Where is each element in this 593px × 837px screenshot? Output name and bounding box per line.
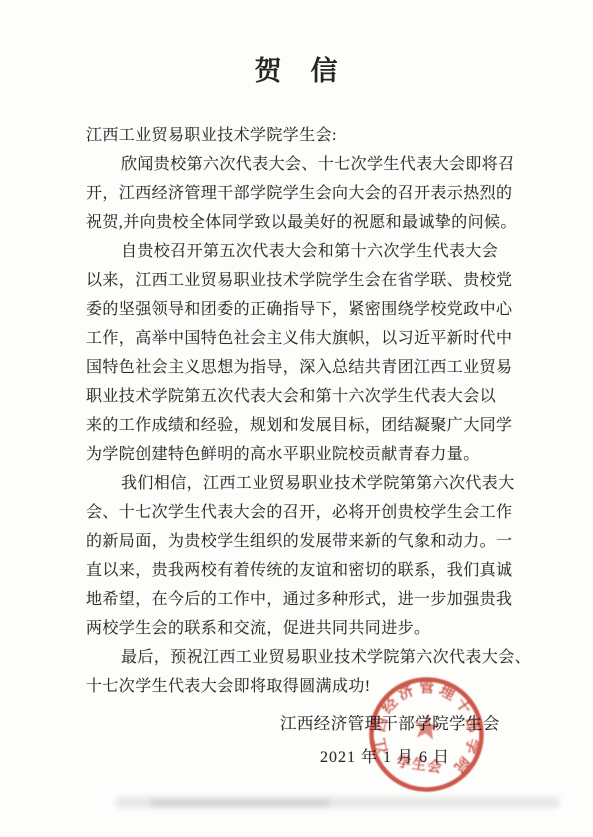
letter-title: 贺 信 <box>0 57 593 85</box>
seal-center-text: 学生会 <box>396 753 444 776</box>
letter-page: 贺 信 江西工业贸易职业技术学院学生会: 欣闻贵校第六次代表大会、十七次学生代表… <box>0 0 593 837</box>
paragraph-2: 自贵校召开第五次代表大会和第十六次学生代表大会 以来，江西工业贸易职业技术学院学… <box>86 237 538 469</box>
letter-body: 江西工业贸易职业技术学院学生会: 欣闻贵校第六次代表大会、十七次学生代表大会即将… <box>86 121 538 701</box>
salutation: 江西工业贸易职业技术学院学生会: <box>86 121 538 150</box>
paragraph-1: 欣闻贵校第六次代表大会、十七次学生代表大会即将召 开，江西经济管理干部学院学生会… <box>86 150 538 237</box>
paragraph-3: 我们相信，江西工业贸易职业技术学院第第六次代表大 会、十七次学生代表大会的召开，… <box>86 469 538 643</box>
official-seal: 江西经济管理干部学院 学生会 <box>353 661 501 809</box>
seal-star-icon <box>412 712 442 741</box>
scan-smudge-dark <box>150 799 330 807</box>
official-seal-graphic: 江西经济管理干部学院 学生会 <box>353 661 501 809</box>
